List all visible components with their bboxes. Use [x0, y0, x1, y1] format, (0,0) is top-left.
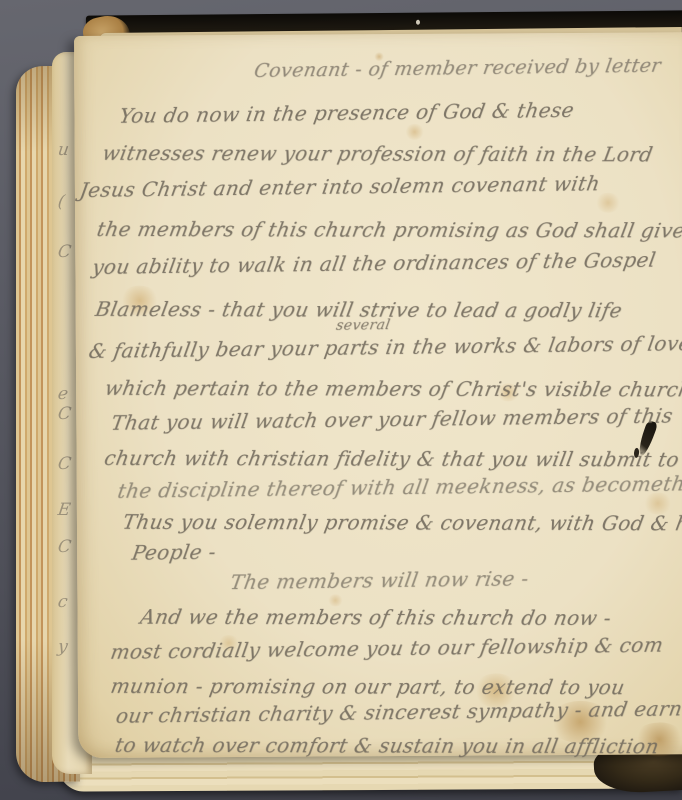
manuscript-page: Covenant - of member received by letter …	[74, 32, 682, 758]
handwriting-line: Jesus Christ and enter into solemn coven…	[78, 171, 602, 202]
handwriting-line: witnesses renew your profession of faith…	[101, 141, 655, 166]
handwriting-line: you ability to walk in all the ordinance…	[90, 248, 657, 279]
photograph-of-manuscript: { "page": { "title": "Covenant - of memb…	[0, 0, 682, 800]
handwriting-line: Thus you solemnly promise & covenant, wi…	[121, 510, 682, 536]
insertion-pre-text: & faithfully bear your	[87, 336, 327, 363]
insertion-anchor: severalparts in the works & labors of lo…	[323, 331, 682, 360]
handwriting-line: the members of this church promising as …	[95, 217, 682, 243]
inserted-word: several	[335, 317, 392, 334]
handwriting-line: most cordially welcome you to our fellow…	[109, 633, 665, 664]
handwriting-line-with-insertion: & faithfully bear your severalparts in t…	[87, 331, 682, 363]
rubric-line: The members will now rise -	[228, 566, 530, 594]
handwriting-line: munion - promising on our part, to exten…	[109, 674, 627, 699]
handwriting-layer: Covenant - of member received by letter …	[74, 32, 682, 758]
insertion-post-text: parts in the works & labors of love	[323, 331, 682, 360]
handwriting-line: which pertain to the members of Christ's…	[103, 376, 682, 402]
handwriting-line: You do now in the presence of God & thes…	[118, 98, 577, 128]
handwriting-line: People -	[130, 540, 218, 565]
cover-dust-speck	[416, 20, 420, 25]
page-title: Covenant - of member received by letter	[252, 55, 662, 82]
handwriting-line: church with christian fidelity & that yo…	[102, 446, 681, 472]
handwriting-line: the discipline thereof with all meekness…	[116, 470, 682, 502]
handwriting-line: That you will watch over your fellow mem…	[109, 403, 674, 434]
handwriting-line: our christian charity & sincerest sympat…	[114, 696, 682, 728]
handwriting-line: And we the members of this church do now…	[138, 605, 613, 630]
handwriting-line: to watch over comfort & sustain you in a…	[113, 733, 661, 758]
